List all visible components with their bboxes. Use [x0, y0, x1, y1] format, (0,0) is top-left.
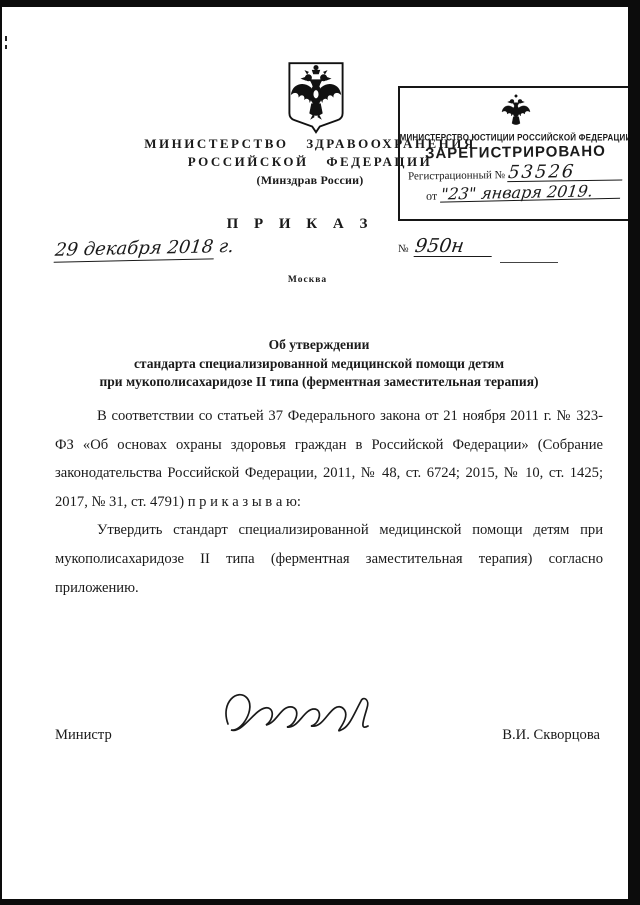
scanned-order-document: МИНИСТЕРСТВО ЗДРАВООХРАНЕНИЯ РОССИЙСКОЙ … — [0, 0, 640, 905]
scan-border-right — [628, 6, 640, 905]
scan-border-bottom — [0, 899, 640, 905]
subject-line3: при мукополисахаридозе II типа (ферментн… — [30, 373, 608, 392]
coat-of-arms-icon — [284, 60, 348, 136]
scan-speck — [5, 45, 7, 49]
order-city: Москва — [0, 275, 615, 285]
order-body: В соответствии со статьей 37 Федеральног… — [55, 402, 603, 602]
scan-border-left — [0, 6, 2, 905]
signature-scribble — [212, 684, 380, 750]
stamp-registered-label: ЗАРЕГИСТРИРОВАНО — [425, 143, 606, 163]
signer-position: Министр — [55, 727, 112, 744]
order-subject: Об утверждении стандарта специализирован… — [30, 336, 608, 392]
order-number-row: № 950н — [398, 237, 493, 257]
stamp-date-label: от — [426, 189, 437, 204]
signer-name: В.И. Скворцова — [502, 727, 600, 744]
body-paragraph-resolution: Утвердить стандарт специализированной ме… — [55, 516, 603, 602]
order-number-label: № — [398, 243, 409, 255]
registration-stamp: МИНИСТЕРСТВО ЮСТИЦИИ РОССИЙСКОЙ ФЕДЕРАЦИ… — [398, 86, 633, 221]
stamp-eagle-icon — [499, 92, 533, 132]
order-number-value: 950н — [413, 237, 494, 257]
stamp-ministry-name: МИНИСТЕРСТВО ЮСТИЦИИ РОССИЙСКОЙ ФЕДЕРАЦИ… — [400, 133, 632, 143]
scan-speck — [5, 36, 7, 41]
stamp-date-value: "23" января 2019. — [440, 183, 622, 203]
subject-line1: Об утверждении — [30, 336, 608, 355]
stamp-date-row: от "23" января 2019. — [400, 183, 631, 205]
order-number-blank-line — [500, 262, 558, 263]
body-paragraph-legal-basis: В соответствии со статьей 37 Федеральног… — [55, 402, 603, 516]
registration-number-label: Регистрационный № — [408, 169, 505, 182]
order-date-handwritten: 29 декабря 2018 г. — [54, 236, 217, 262]
stamp-registration-number-row: Регистрационный № 53526 — [400, 163, 631, 183]
scan-border-top — [0, 0, 640, 7]
registration-number-value: 53526 — [507, 163, 624, 182]
subject-line2: стандарта специализированной медицинской… — [30, 355, 608, 374]
